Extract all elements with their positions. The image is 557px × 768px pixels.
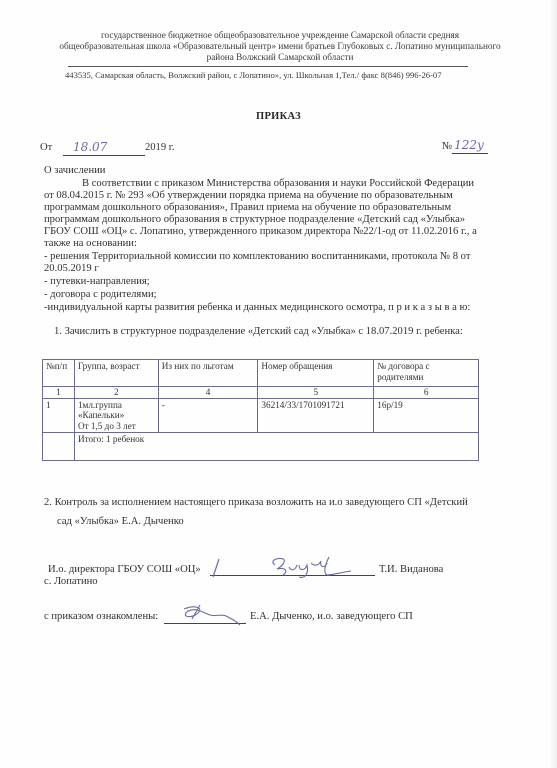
preamble-line: от 08.04.2015 г. № 293 «Об утверждении п… [44,190,453,202]
benefits-cell: - [158,398,258,433]
date-handwritten: 18.07 [73,140,107,154]
preamble-line: - договора с родителями; [44,289,157,301]
number-handwritten: 122у [454,138,484,152]
column-number: 6 [374,387,479,399]
order-date: От 18.07 2019 г. [40,140,175,155]
letterhead-line-3: района Волжский Самарской области [40,52,520,63]
director-name: Т.И. Виданова [379,564,443,576]
order-subject: О зачислении [44,165,105,177]
table-row: 1 1мл.группа «Капельки» От 1,5 до 3 лет … [43,398,479,433]
header-cell: № договора с родителями [374,360,479,387]
group-age: От 1,5 до 3 лет [78,421,155,432]
application-number-cell: 36214/33/1701091721 [258,398,374,433]
contract-number-cell: 16р/19 [374,398,479,433]
column-number: 1 [43,387,75,399]
preamble-line: программам дошкольного образования», Пра… [44,202,451,214]
director-location: с. Лопатино [44,576,98,588]
group-age-cell: 1мл.группа «Капельки» От 1,5 до 3 лет [74,398,158,433]
scanned-document-page: государственное бюджетное общеобразовате… [0,0,557,768]
date-suffix: 2019 г. [145,142,175,153]
enrollment-table: №п/п Группа, возраст Из них по льготам Н… [42,359,479,461]
letterhead-line-1: государственное бюджетное общеобразовате… [40,30,520,41]
letterhead-line-2: общеобразовательная школа «Образовательн… [40,41,520,52]
preamble-line: В соответствии с приказом Министерства о… [82,178,474,190]
director-title: И.о. директора ГБОУ СОШ «ОЦ» [48,564,201,576]
letterhead-address: 443535, Самарская область, Волжский райо… [65,70,442,80]
order-item-1: 1. Зачислить в структурное подразделение… [54,326,463,338]
date-handwritten-field: 18.07 [63,141,145,156]
table-total-row: Итого: 1 ребенок [43,433,479,461]
header-cell: Из них по льготам [158,360,258,387]
preamble-line: - решения Территориальной комиссии по ко… [44,251,470,263]
header-cell: №п/п [43,360,75,387]
preamble-line: 20.05.2019 г [44,263,99,275]
column-number-row: 1 2 4 5 6 [43,387,479,399]
preamble-line: -индивидуальной карты развития ребенка и… [44,302,470,314]
row-number: 1 [43,398,75,433]
group-name: 1мл.группа [78,400,155,411]
empty-cell [43,433,75,461]
document-title: ПРИКАЗ [0,111,557,122]
group-title: «Капельки» [78,410,155,421]
column-number: 2 [74,387,158,399]
acknowledged-name: Е.А. Дыченко, и.о. заведующего СП [250,611,413,623]
preamble-line: также на основании: [44,238,137,250]
table-header-row: №п/п Группа, возраст Из них по льготам Н… [43,360,479,387]
preamble-line: - путевки-направления; [44,276,150,288]
date-prefix: От [40,142,52,153]
order-number: №122у [442,139,488,154]
column-number: 4 [158,387,258,399]
header-cell: Номер обращения [258,360,374,387]
number-handwritten-field: 122у [452,139,488,154]
acknowledged-signature-icon [170,603,250,629]
number-prefix: № [442,141,452,152]
acknowledged-label: с приказом ознакомлены: [44,611,158,623]
total-cell: Итого: 1 ребенок [74,433,478,461]
letterhead-divider [68,66,468,67]
column-number: 5 [258,387,374,399]
order-item-2-line-2: сад «Улыбка» Е.А. Дыченко [57,516,184,528]
preamble-line: ГБОУ СОШ «ОЦ» с. Лопатино, утвержденного… [44,226,477,238]
order-item-2-line-1: 2. Контроль за исполнением настоящего пр… [44,497,468,509]
director-signature-icon [205,553,375,581]
preamble-line: программам дошкольного образования в стр… [44,214,465,226]
header-cell: Группа, возраст [74,360,158,387]
